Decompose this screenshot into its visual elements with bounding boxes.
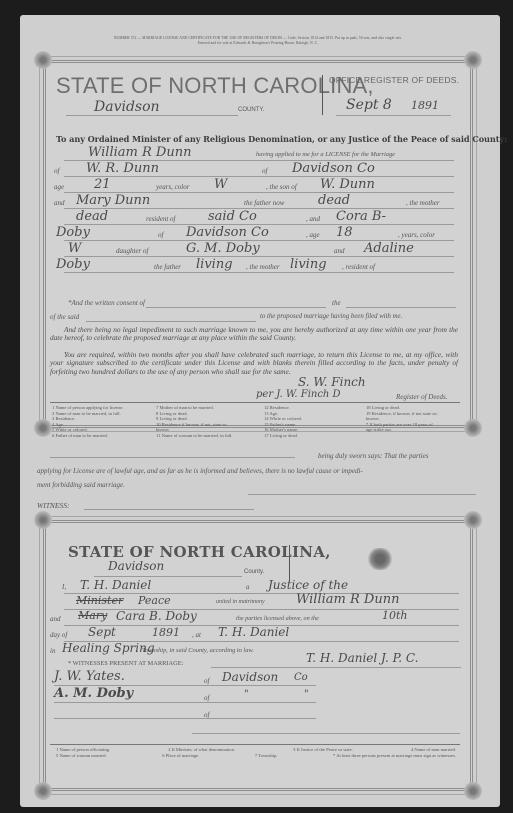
legend-item: 1 Name of person applying for license. (52, 405, 124, 411)
affidavit-line-2: applying for License are of lawful age, … (37, 467, 363, 475)
cert-county-label: County. (244, 569, 264, 575)
corner-ornament-icon (34, 511, 52, 529)
consent-rule (86, 321, 256, 322)
brace-divider (322, 75, 323, 115)
witness-name: J. W. Yates. (54, 669, 125, 684)
bride-mother-status: living (290, 257, 327, 272)
legend-column-1: 1 Name of person applying for license. 2… (52, 405, 124, 439)
day-of-label: day of (50, 631, 67, 639)
legend-divider (50, 402, 460, 403)
corner-ornament-icon (34, 419, 52, 437)
bride-resident-label: , resident of (342, 263, 375, 271)
township-value: Healing Spring (62, 641, 155, 655)
i-label: I, (62, 583, 66, 591)
cert-year-value: 1891 (152, 626, 180, 639)
cert-groom-value: William R Dunn (296, 592, 399, 607)
witness-rule (54, 702, 316, 703)
legend-column-3: 12 Residence. 13 Age. 14 White or colore… (264, 405, 302, 439)
witness-of-label: of (204, 694, 209, 702)
county-rule (66, 115, 238, 116)
in-label: in (50, 647, 55, 655)
witness-residence-suffix: " (304, 689, 309, 700)
legend-divider (50, 744, 460, 745)
date-value: Sept 8 (346, 97, 392, 113)
bride-of-label: of (158, 231, 163, 239)
bride-color-value: W (68, 241, 81, 256)
witness-label: WITNESS: (37, 501, 70, 510)
of-the-said-label: of the said (50, 313, 79, 321)
sworn-label: being duly sworn says: That the parties (318, 452, 428, 460)
bride-and-label: and (334, 247, 345, 255)
witness-of-label: of (204, 677, 209, 685)
bride-father-value: G. M. Doby (186, 241, 260, 256)
year-value: 1891 (411, 99, 439, 112)
bride-age-label: , age (306, 231, 320, 239)
legend-column-2: 7 Mother of man to be married. 8 Living … (156, 405, 232, 439)
township-label: Township, in said County, according to l… (142, 647, 254, 654)
bible-emblem-icon (366, 548, 394, 570)
at-label: , at (192, 631, 201, 639)
corner-ornament-icon (464, 51, 482, 69)
cert-legend: 1 Name of person officiating. 2 If Minis… (56, 747, 456, 758)
resident-of-label: resident of (146, 215, 176, 223)
corner-ornament-icon (34, 782, 52, 800)
bride-years-color-label: , years, color (398, 231, 435, 239)
groom-mother-status: dead (76, 209, 108, 224)
register-label: Register of Deeds. (396, 393, 448, 401)
legend-item: 17 Living or dead. (264, 433, 302, 439)
and2-label: , and (306, 215, 320, 223)
consent-the-label: the (332, 299, 341, 307)
officiant-title-value-2: Peace (138, 594, 171, 607)
consent-rule (346, 307, 456, 308)
groom-of-label: of (262, 167, 267, 175)
day-value: 10th (382, 609, 408, 622)
title-struck-value: Minister (76, 594, 123, 607)
witness-residence: " (244, 689, 249, 700)
affidavit-line-3: ment forbidding said marriage. (37, 481, 125, 489)
office-register-label: OFFICE REGISTER OF DEEDS. (329, 75, 459, 85)
certificate-section: STATE OF NORTH CAROLINA, Davidson County… (43, 520, 473, 791)
groom-mother-value: Mary Dunn (76, 193, 150, 208)
and-label: and (54, 199, 65, 207)
daughter-of-label: daughter of (116, 247, 148, 255)
witness-residence-suffix: Co (294, 672, 308, 683)
legend-item: 7 Township. (255, 753, 278, 759)
groom-father-status: dead (318, 193, 350, 208)
legend-item: 11 Name of woman to be married, in full. (156, 433, 232, 439)
of-label: of (54, 167, 59, 175)
bride-father-status: living (196, 257, 233, 272)
legend-item: 6 Place of marriage. (162, 753, 199, 759)
parties-label: the parties licensed above, on the (236, 615, 319, 622)
affiant-rule (50, 457, 295, 458)
groom-residence-value: Davidson Co (292, 161, 375, 176)
form-header-note: NUMBER 372 — MARRIAGE LICENSE AND CERTIF… (38, 36, 478, 45)
extra-rule (192, 733, 460, 734)
affiant-signature-rule (248, 494, 476, 495)
officiant-signature: T. H. Daniel J. P. C. (306, 651, 418, 665)
line-rule (64, 208, 454, 209)
father-now-label: the father now (244, 199, 284, 207)
applicant-label: having applied to me for a LICENSE for t… (256, 151, 395, 158)
groom-value: W. R. Dunn (86, 161, 159, 176)
a-label: a (246, 583, 250, 591)
corner-ornament-icon (464, 511, 482, 529)
return-paragraph: You are required, within two months afte… (50, 351, 458, 376)
cert-county-rule (94, 576, 242, 577)
groom-father-value: W. Dunn (320, 177, 375, 192)
address-line: To any Ordained Minister of any Religiou… (56, 134, 507, 144)
cert-legend-row-2: 5 Name of woman married. 6 Place of marr… (56, 753, 456, 759)
bride-residence-value: Davidson Co (186, 225, 269, 240)
county-label: COUNTY. (238, 107, 264, 113)
the-mother-label: , the mother (406, 199, 440, 207)
corner-ornament-icon (464, 419, 482, 437)
printer-text: Entered and for sale at Edwards & Brough… (38, 41, 478, 46)
bride-age-value: 18 (336, 225, 353, 240)
bride-mother-last: Doby (56, 257, 90, 272)
officiant-value: T. H. Daniel (80, 578, 151, 592)
witness-rule (84, 509, 254, 510)
bride-last-value: Doby (56, 225, 90, 240)
applicant-value: William R Dunn (88, 145, 191, 160)
legend-item: 5 Name of woman married. (56, 753, 107, 759)
consent-filed-label: to the proposed marriage having been fil… (260, 313, 402, 320)
license-state-title: STATE OF NORTH CAROLINA, (56, 73, 374, 99)
son-of-label: , the son of (266, 183, 297, 191)
legend-item: * At least three persons present at marr… (333, 753, 456, 759)
place-value: T. H. Daniel (218, 625, 289, 639)
line-rule (64, 593, 459, 594)
groom-color-value: W (214, 177, 227, 192)
witnesses-label: * WITNESSES PRESENT AT MARRIAGE: (68, 660, 183, 667)
line-rule (64, 272, 454, 273)
date-rule (336, 115, 451, 116)
legend-item: 14 White or colored. (264, 416, 302, 422)
consent-label: *And the written consent of (68, 299, 145, 307)
years-color-label: years, color (156, 183, 189, 191)
line-rule (64, 176, 454, 177)
united-label: united in matrimony (216, 599, 265, 605)
witness-rule (54, 718, 316, 719)
deputy-signature: per J. W. Finch D (256, 389, 341, 400)
groom-parents-residence: said Co (208, 209, 257, 224)
month-value: Sept (88, 625, 116, 639)
county-value: Davidson (94, 99, 160, 115)
license-section: STATE OF NORTH CAROLINA, OFFICE REGISTER… (43, 60, 473, 428)
witness-residence: Davidson (222, 670, 278, 684)
age-label: age (54, 183, 64, 191)
bride-mother-first: Adaline (364, 241, 414, 256)
cert-bride-value: Cara B. Doby (116, 609, 197, 623)
groom-age-value: 21 (94, 177, 111, 192)
cert-county-value: Davidson (108, 559, 164, 573)
legend-item: 6 Father of man to be married. (52, 433, 124, 439)
officiant-title-value: Justice of the (268, 578, 348, 592)
authorization-paragraph: And there being no legal impediment to s… (50, 326, 458, 343)
line-rule (64, 256, 454, 257)
witness-name: A. M. Doby (54, 686, 133, 701)
officiant-signature-rule (211, 667, 461, 668)
corner-ornament-icon (34, 51, 52, 69)
register-signature: S. W. Finch (298, 375, 366, 389)
brace-divider (289, 545, 290, 581)
bride-mother-label: , the mother (246, 263, 280, 271)
corner-ornament-icon (464, 782, 482, 800)
consent-rule (146, 307, 326, 308)
bride-struck-value: Mary (78, 609, 107, 622)
bride-father-label: the father (154, 263, 181, 271)
legend-item: age strike out. (366, 427, 438, 433)
cert-and-label: and (50, 615, 61, 623)
bride-first-value: Cora B- (336, 209, 386, 224)
legend-column-4: 18 Living or dead. 19 Residence, if know… (366, 405, 438, 433)
